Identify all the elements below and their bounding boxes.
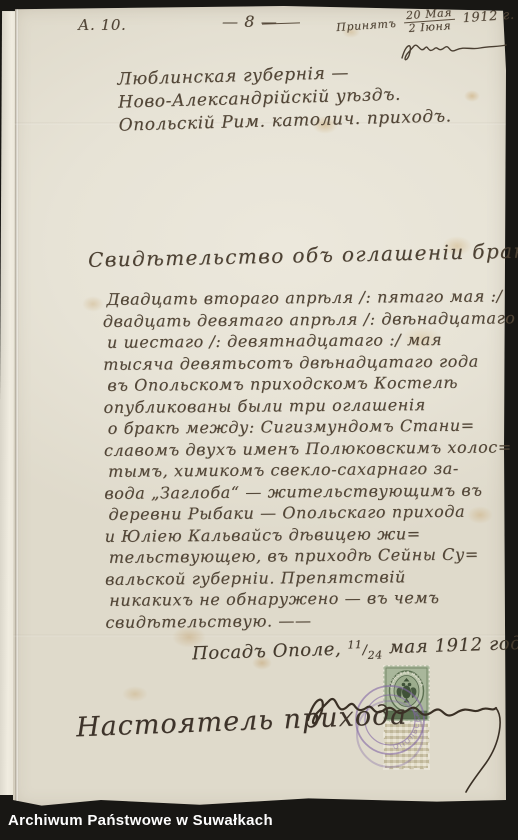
archival-scan: А. 10. — 8 — Принятъ 20 Мая 2 Іюня 1912 … xyxy=(0,0,518,840)
received-label: Принятъ xyxy=(336,16,397,33)
body-line: въ Опольскомъ приходскомъ Костелѣ xyxy=(107,371,518,396)
body-line: о бракѣ между: Сигизмундомъ Стани= xyxy=(108,414,518,439)
body-line: свидѣтельствую. —— xyxy=(105,608,518,633)
body-line: Двадцать втораго апрѣля /: пятаго мая :/ xyxy=(107,285,518,310)
page-number: — 8 — xyxy=(222,12,277,31)
document-body: Двадцать втораго апрѣля /: пятаго мая :/… xyxy=(107,285,518,633)
file-number: А. 10. xyxy=(78,16,126,34)
foxing-stain xyxy=(122,686,148,702)
fold-crease xyxy=(15,6,19,808)
dateline-day-old: 11 xyxy=(347,638,362,651)
body-line: тельствующею, въ приходѣ Сейны Су= xyxy=(109,543,518,568)
foxing-stain xyxy=(82,296,104,312)
body-line: двадцать девятаго апрѣля /: двѣнадцатаго… xyxy=(103,307,518,332)
address-block: Люблинская губернія — Ново-Александрійск… xyxy=(117,59,452,137)
received-year: 1912 г. xyxy=(462,7,515,26)
archive-watermark: Archiwum Państwowe w Suwałkach xyxy=(8,812,273,829)
dateline-day-fraction: 11/24 xyxy=(347,639,383,662)
priest-signature xyxy=(300,688,512,800)
dateline-day-new: 24 xyxy=(368,648,383,661)
received-date-fraction: 20 Мая 2 Іюня xyxy=(404,7,456,35)
dateline-rest: мая 1912 года xyxy=(389,633,518,659)
dateline-place: Посадъ Ополе, xyxy=(192,639,342,665)
body-line: тымъ, химикомъ свекло-сахарнаго за- xyxy=(108,457,518,482)
foxing-stain xyxy=(464,90,480,102)
body-line: деревни Рыбаки — Опольскаго прихода xyxy=(108,500,518,525)
